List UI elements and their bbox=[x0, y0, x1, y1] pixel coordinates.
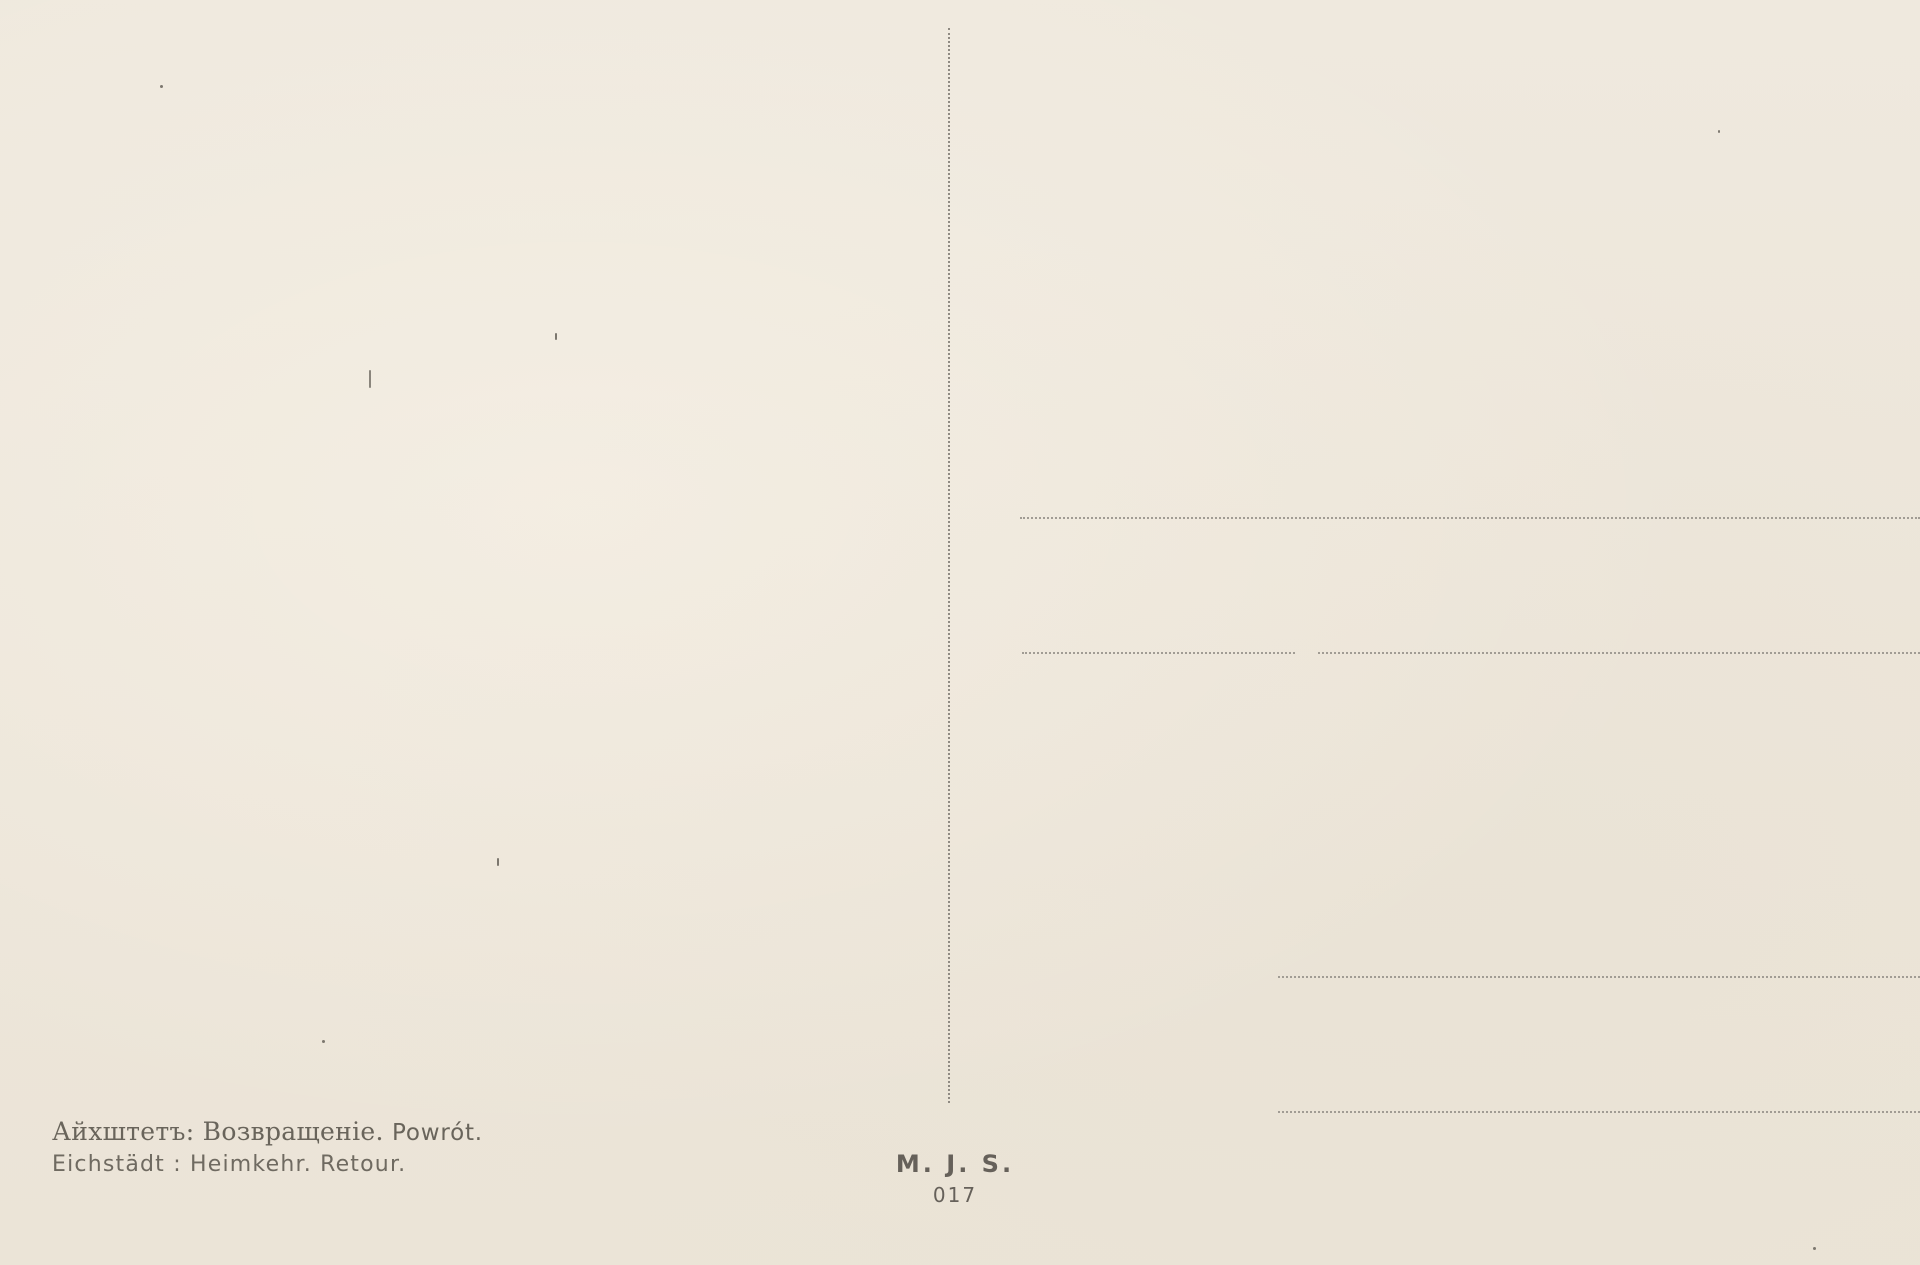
address-line-1 bbox=[1020, 517, 1920, 519]
paper-speck bbox=[497, 858, 499, 866]
caption-cyrillic: Айхштетъ: Возвращеніе. bbox=[52, 1117, 384, 1146]
address-line-4 bbox=[1278, 1111, 1920, 1113]
publisher-imprint: M. J. S. 017 bbox=[880, 1148, 1030, 1210]
publisher-mark: M. J. S. bbox=[880, 1148, 1030, 1180]
caption-polish: Powrót. bbox=[392, 1120, 483, 1146]
address-line-2b bbox=[1318, 652, 1920, 654]
paper-speck bbox=[160, 85, 163, 88]
center-dotted-divider bbox=[948, 28, 950, 1103]
paper-speck bbox=[1718, 130, 1720, 133]
paper-speck bbox=[369, 370, 371, 388]
address-line-3 bbox=[1278, 976, 1920, 978]
address-line-2a bbox=[1022, 652, 1295, 654]
publisher-number: 017 bbox=[880, 1180, 1030, 1210]
paper-speck bbox=[322, 1040, 325, 1043]
caption-line-1: Айхштетъ: Возвращеніе. Powrót. bbox=[52, 1116, 483, 1149]
caption-line-2: Eichstädt : Heimkehr. Retour. bbox=[52, 1149, 483, 1181]
paper-speck bbox=[1813, 1247, 1816, 1250]
paper-speck bbox=[555, 333, 557, 340]
postcard-back: Айхштетъ: Возвращеніе. Powrót. Eichstädt… bbox=[0, 0, 1920, 1265]
postcard-caption: Айхштетъ: Возвращеніе. Powrót. Eichstädt… bbox=[52, 1116, 483, 1181]
